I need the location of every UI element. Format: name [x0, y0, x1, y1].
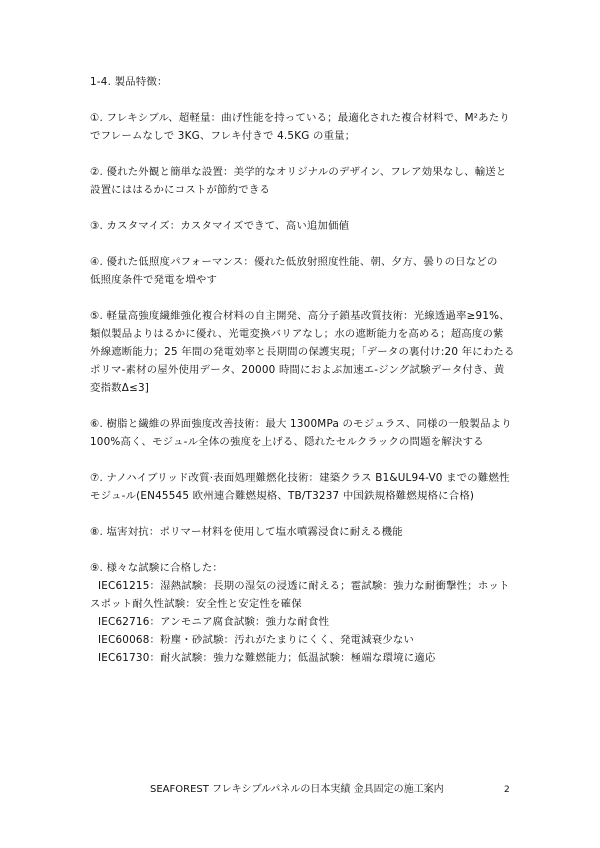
feature-line: 低照度条件で発電を増やす: [90, 271, 530, 289]
test-line-iec60068: IEC60068：粉塵・砂試験：汚れがたまりにくく、発電減衰少ない: [90, 631, 530, 649]
tests-title: ⑨. 様々な試験に合格した：: [90, 559, 530, 577]
feature-line: ①. フレキシブル、超軽量：曲げ性能を持っている；最適化された複合材料で、M²あ…: [90, 109, 530, 127]
feature-item-9-tests: ⑨. 様々な試験に合格した： IEC61215：湿熱試験：長期の湿気の浸透に耐え…: [90, 559, 530, 667]
feature-line: ②. 優れた外観と簡単な設置：美学的なオリジナルのデザイン、フレア効果なし、輸送…: [90, 163, 530, 181]
document-body: 1-4. 製品特徴： ①. フレキシブル、超軽量：曲げ性能を持っている；最適化さ…: [90, 73, 530, 685]
feature-line: ③. カスタマイズ：カスタマイズできて、高い追加価値: [90, 217, 530, 235]
feature-item-2: ②. 優れた外観と簡単な設置：美学的なオリジナルのデザイン、フレア効果なし、輸送…: [90, 163, 530, 199]
test-line-iec61730: IEC61730：耐火試験：強力な難燃能力；低温試験：極端な環境に適応: [90, 649, 530, 667]
page-footer-title: SEAFOREST フレキシブルパネルの日本実績 金具固定の施工案内: [150, 783, 510, 797]
feature-line: 変指数Δ≤3]: [90, 379, 530, 397]
section-heading: 1-4. 製品特徴：: [90, 73, 530, 91]
test-line-iec62716: IEC62716：アンモニア腐食試験：強力な耐食性: [90, 613, 530, 631]
feature-line: ⑥. 樹脂と繊維の界面強度改善技術：最大 1300MPa のモジュラス、同様の一…: [90, 415, 530, 433]
feature-line: ポリマ-素材の屋外使用データ、20000 時間におよぶ加速エ-ジング試験データ付…: [90, 361, 530, 379]
feature-item-8: ⑧. 塩害対抗：ポリマー材料を使用して塩水噴霧浸食に耐える機能: [90, 523, 530, 541]
feature-line: 100%高く、モジュ-ル全体の強度を上げる、隠れたセルクラックの問題を解決する: [90, 433, 530, 451]
feature-item-6: ⑥. 樹脂と繊維の界面強度改善技術：最大 1300MPa のモジュラス、同様の一…: [90, 415, 530, 451]
feature-line: 外線遮断能力；25 年間の発電効率と長期間の保護実現；「データの裏付け:20 年…: [90, 343, 530, 361]
document-page: 1-4. 製品特徴： ①. フレキシブル、超軽量：曲げ性能を持っている；最適化さ…: [0, 0, 600, 848]
feature-item-7: ⑦. ナノハイブリッド改質·表面処理難燃化技術：建築クラス B1&UL94-V0…: [90, 469, 530, 505]
feature-line: 設置にははるかにコストが節約できる: [90, 181, 530, 199]
feature-line: ④. 優れた低照度パフォーマンス：優れた低放射照度性能、朝、夕方、曇りの日などの: [90, 253, 530, 271]
feature-item-4: ④. 優れた低照度パフォーマンス：優れた低放射照度性能、朝、夕方、曇りの日などの…: [90, 253, 530, 289]
page-number: 2: [504, 783, 510, 797]
feature-item-3: ③. カスタマイズ：カスタマイズできて、高い追加価値: [90, 217, 530, 235]
feature-line: モジュ-ル(EN45545 欧州連合難燃規格、TB/T3237 中国鉄規格難燃規…: [90, 487, 530, 505]
feature-item-1: ①. フレキシブル、超軽量：曲げ性能を持っている；最適化された複合材料で、M²あ…: [90, 109, 530, 145]
feature-line: ⑧. 塩害対抗：ポリマー材料を使用して塩水噴霧浸食に耐える機能: [90, 523, 530, 541]
feature-line: ⑦. ナノハイブリッド改質·表面処理難燃化技術：建築クラス B1&UL94-V0…: [90, 469, 530, 487]
test-line-iec61215-cont: スポット耐久性試験：安全性と安定性を確保: [90, 595, 530, 613]
test-line-iec61215: IEC61215：湿熱試験：長期の湿気の浸透に耐える；雹試験：強力な耐衝撃性；ホ…: [90, 577, 530, 595]
feature-item-5: ⑤. 軽量高強度繊維強化複合材料の自主開発、高分子鎖基改質技術：光線透過率≥91…: [90, 307, 530, 397]
feature-line: でフレームなしで 3KG、フレキ付きで 4.5KG の重量；: [90, 127, 530, 145]
feature-line: ⑤. 軽量高強度繊維強化複合材料の自主開発、高分子鎖基改質技術：光線透過率≥91…: [90, 307, 530, 325]
feature-line: 類似製品よりはるかに優れ、光電変換バリアなし；水の遮断能力を高める；超高度の紫: [90, 325, 530, 343]
